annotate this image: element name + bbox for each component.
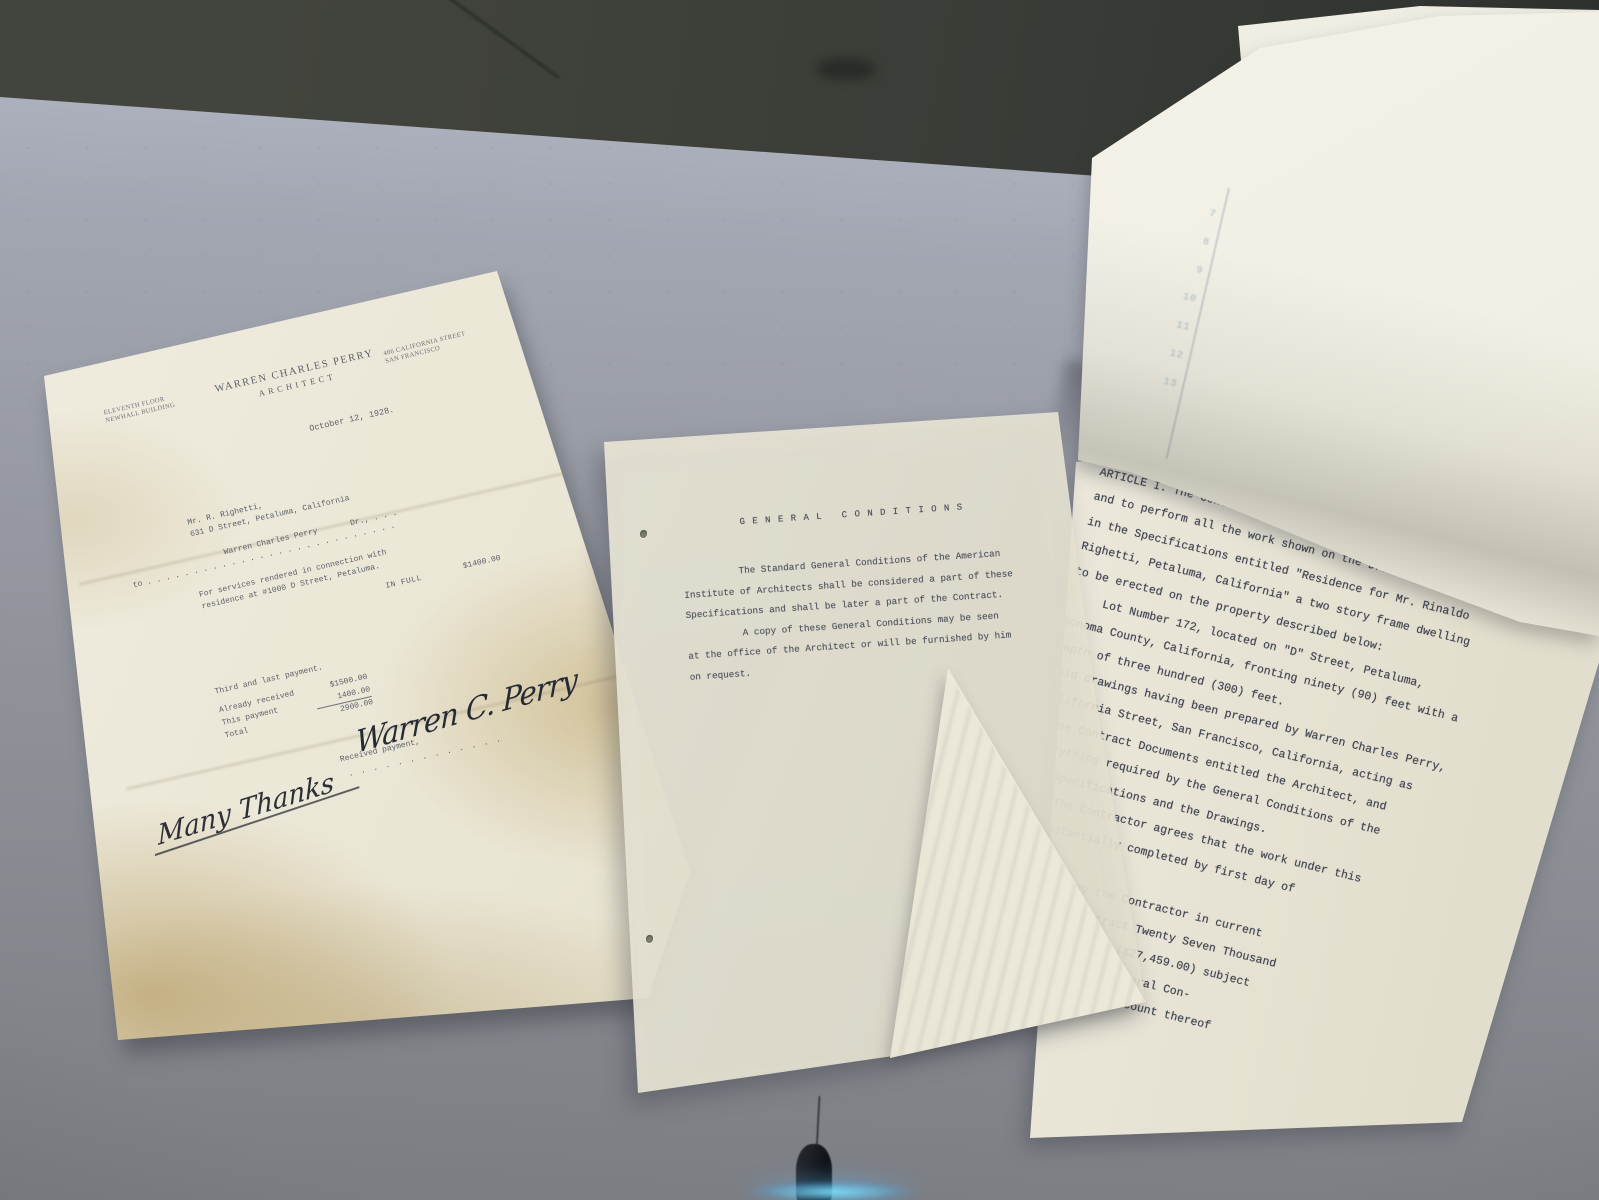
- wall-smudge: [816, 58, 876, 80]
- blue-glow: [742, 1182, 922, 1200]
- photo-scene: ELEVENTH FLOORNEWHALL BUILDING WARREN CH…: [0, 0, 1599, 1200]
